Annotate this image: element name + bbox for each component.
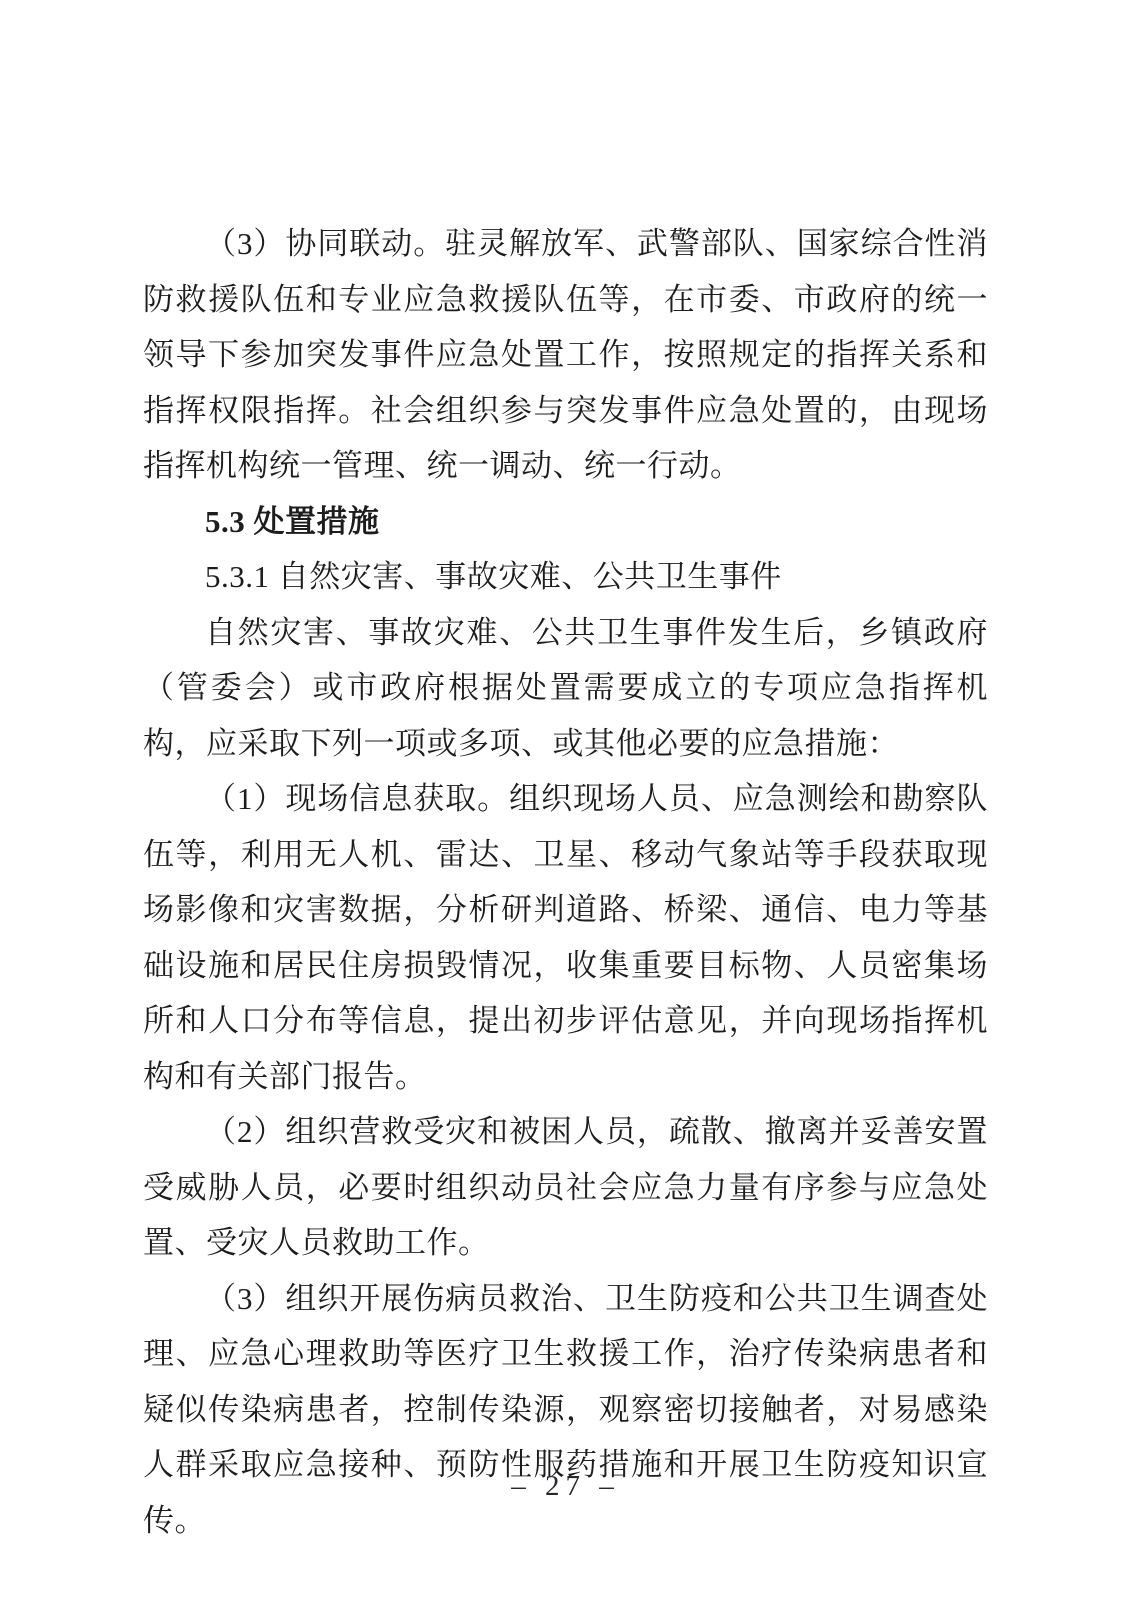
paragraph: 自然灾害、事故灾难、公共卫生事件发生后，乡镇政府（管委会）或市政府根据处置需要成…: [143, 605, 988, 772]
subsection-heading: 5.3.1 自然灾害、事故灾难、公共卫生事件: [143, 549, 988, 605]
paragraph: （1）现场信息获取。组织现场人员、应急测绘和勘察队伍等，利用无人机、雷达、卫星、…: [143, 771, 988, 1104]
paragraph: （3）组织开展伤病员救治、卫生防疫和公共卫生调查处理、应急心理救助等医疗卫生救援…: [143, 1271, 988, 1549]
page-number: – 27 –: [511, 1470, 620, 1502]
document-body: （3）协同联动。驻灵解放军、武警部队、国家综合性消防救援队伍和专业应急救援队伍等…: [143, 216, 988, 1548]
document-page: （3）协同联动。驻灵解放军、武警部队、国家综合性消防救援队伍和专业应急救援队伍等…: [0, 0, 1131, 1600]
section-heading: 5.3 处置措施: [143, 494, 988, 550]
page-footer: – 27 –: [0, 1466, 1131, 1506]
paragraph: （2）组织营救受灾和被困人员，疏散、撤离并妥善安置受威胁人员，必要时组织动员社会…: [143, 1104, 988, 1271]
paragraph: （3）协同联动。驻灵解放军、武警部队、国家综合性消防救援队伍和专业应急救援队伍等…: [143, 216, 988, 494]
